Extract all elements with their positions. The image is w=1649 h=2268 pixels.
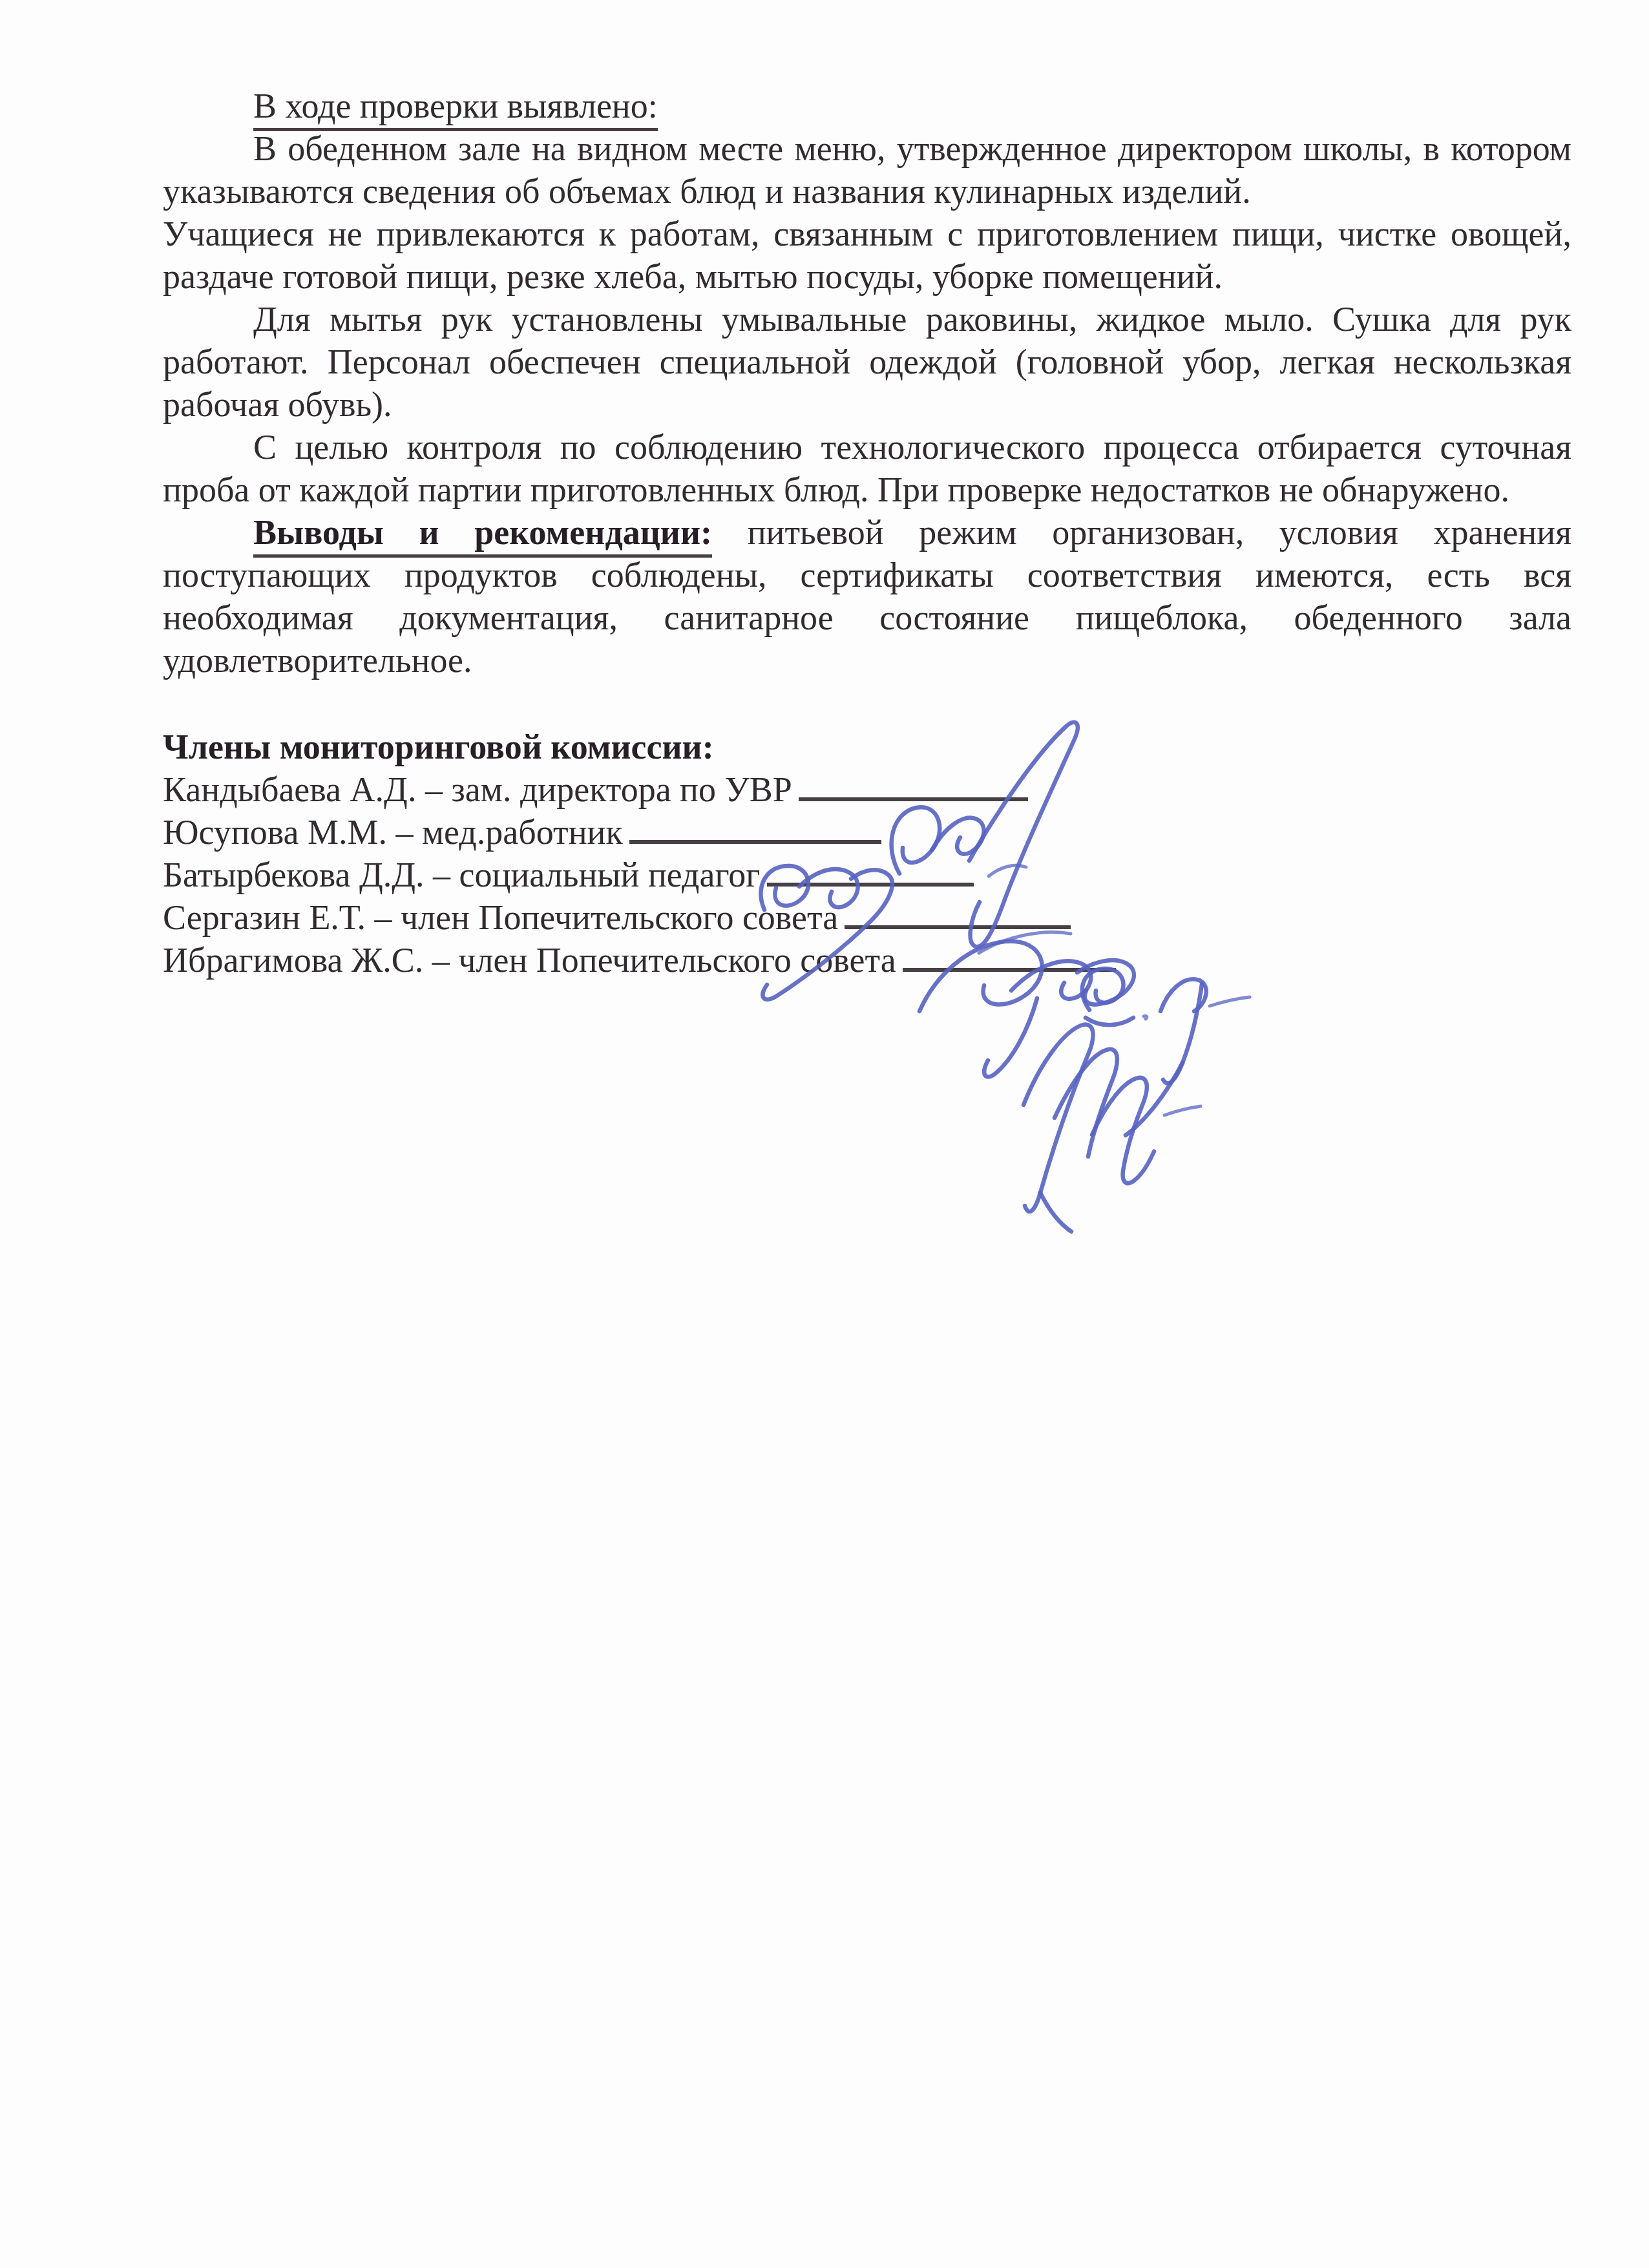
paragraph-dining-hall-menu: В обеденном зале на видном месте меню, у…	[163, 127, 1571, 213]
commission-member-row: Юсупова М.М. – мед.работник	[163, 811, 1571, 854]
member-sergazin-label: Сергазин Е.Т. – член Попечительского сов…	[163, 898, 838, 937]
commission-member-row: Кандыбаева А.Д. – зам. директора по УВР	[163, 768, 1571, 811]
commission-member-row: Батырбекова Д.Д. – социальный педагог	[163, 854, 1571, 896]
inspection-heading-text: В ходе проверки выявлено:	[253, 87, 658, 131]
signature-field-kandybaeva	[799, 772, 1028, 801]
paragraph-conclusions: Выводы и рекомендации: питьевой режим ор…	[163, 511, 1571, 682]
commission-title: Члены мониторинговой комиссии:	[163, 726, 1571, 768]
paragraph-daily-samples: С целью контроля по соблюдению технологи…	[163, 426, 1571, 511]
document-body: В ходе проверки выявлено: В обеденном за…	[163, 0, 1571, 982]
signature-field-batyrbekova	[767, 857, 974, 887]
member-yusupova-label: Юсупова М.М. – мед.работник	[163, 813, 623, 852]
member-kandybaeva-label: Кандыбаева А.Д. – зам. директора по УВР	[163, 770, 792, 809]
signature-field-yusupova	[629, 814, 881, 844]
member-batyrbekova-label: Батырбекова Д.Д. – социальный педагог	[163, 856, 761, 894]
inspection-heading: В ходе проверки выявлено:	[163, 85, 1571, 127]
signature-field-ibragimova	[903, 942, 1116, 972]
member-ibragimova-label: Ибрагимова Ж.С. – член Попечительского с…	[163, 941, 896, 980]
paragraph-students-not-involved: Учащиеся не привлекаются к работам, связ…	[163, 213, 1571, 298]
signature-ibragimova-ink	[995, 1008, 1208, 1241]
conclusions-label: Выводы и рекомендации:	[253, 513, 712, 558]
commission-member-row: Сергазин Е.Т. – член Попечительского сов…	[163, 896, 1571, 939]
paragraph-handwashing: Для мытья рук установлены умывальные рак…	[163, 298, 1571, 426]
scanned-document-page: В ходе проверки выявлено: В обеденном за…	[0, 0, 1649, 2268]
commission-member-row: Ибрагимова Ж.С. – член Попечительского с…	[163, 939, 1571, 982]
signature-field-sergazin	[845, 899, 1071, 929]
